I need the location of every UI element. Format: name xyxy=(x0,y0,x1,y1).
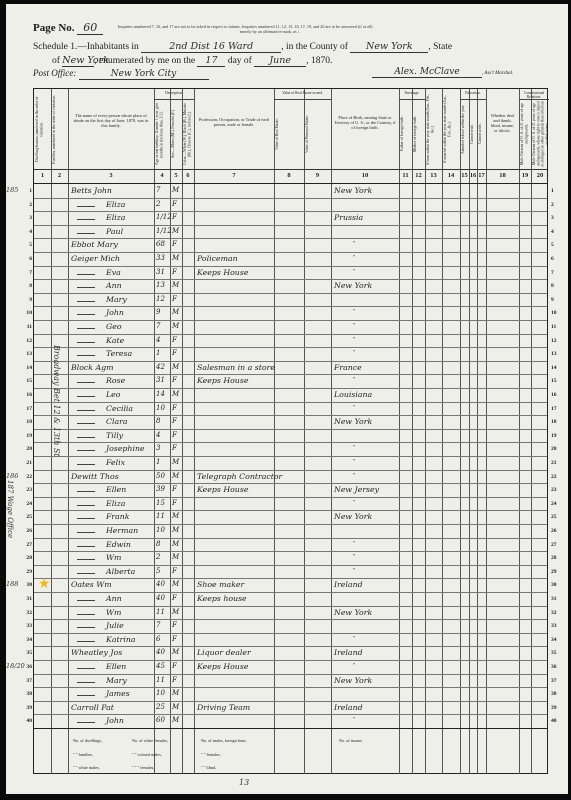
person-birthplace: Ireland xyxy=(334,580,363,589)
column-divider xyxy=(331,89,332,774)
person-name: Wm xyxy=(106,553,121,562)
header-education-group: Education. xyxy=(460,91,486,95)
person-age: 50 xyxy=(156,472,165,480)
row-divider xyxy=(34,728,547,729)
birthplace-ditto: " xyxy=(353,445,355,451)
surname-ditto-dash xyxy=(77,287,95,288)
row-divider xyxy=(34,714,547,715)
line-number-right: 14 xyxy=(551,365,561,371)
person-age: 31 xyxy=(156,376,165,384)
person-birthplace: New York xyxy=(334,608,372,617)
surname-ditto-dash xyxy=(77,722,95,723)
person-age: 13 xyxy=(156,281,165,289)
column-divider xyxy=(170,89,171,774)
surname-ditto-dash xyxy=(77,396,95,397)
person-name: Josephine xyxy=(106,444,145,453)
person-age: 40 xyxy=(156,648,165,656)
column-number: 9 xyxy=(304,172,331,179)
day-of-label: day of xyxy=(228,56,252,66)
line-number-right: 40 xyxy=(551,718,561,724)
line-number-right: 24 xyxy=(551,501,561,507)
row-divider xyxy=(34,429,547,430)
row-divider xyxy=(34,402,547,403)
birthplace-ditto: " xyxy=(353,554,355,560)
column-number: 7 xyxy=(194,172,274,179)
line-number-right: 26 xyxy=(551,528,561,534)
column-divider xyxy=(442,89,443,774)
line-number-left: 21 xyxy=(18,460,32,466)
line-number-left: 17 xyxy=(18,406,32,412)
row-divider xyxy=(34,578,547,579)
line-number-left: 12 xyxy=(18,338,32,344)
column-number: 5 xyxy=(170,172,182,179)
column-divider xyxy=(304,89,305,774)
row-divider xyxy=(34,456,547,457)
surname-ditto-dash xyxy=(77,682,95,683)
enumeration-line: of New York, enumerated by me on the 17 … xyxy=(52,55,332,67)
line-number-right: 18 xyxy=(551,419,561,425)
person-sex: F xyxy=(172,485,177,493)
header-description-group: Description. xyxy=(154,91,194,95)
person-name: Alberta xyxy=(106,567,135,576)
surname-ditto-dash xyxy=(77,233,95,234)
line-number-right: 16 xyxy=(551,392,561,398)
surname-ditto-dash xyxy=(77,505,95,506)
line-number-left: 19 xyxy=(18,433,32,439)
header-col9: Value of Personal Estate. xyxy=(305,101,330,167)
surname-ditto-dash xyxy=(77,641,95,642)
row-divider xyxy=(34,347,547,348)
year-value: , 1870. xyxy=(306,56,332,66)
column-number: 19 xyxy=(519,172,531,179)
row-divider xyxy=(34,633,547,634)
person-name: Teresa xyxy=(106,349,132,358)
line-number-left: 6 xyxy=(18,256,32,262)
person-sex: M xyxy=(172,512,179,520)
birthplace-ditto: " xyxy=(353,636,355,642)
footer-families: " " families, xyxy=(73,752,93,757)
person-sex: M xyxy=(172,322,179,330)
person-occupation: Keeps House xyxy=(197,268,248,277)
header-col1: Dwelling-houses, numbered in the order o… xyxy=(35,92,50,167)
column-number: 14 xyxy=(442,172,460,179)
person-age: 7 xyxy=(156,322,160,330)
birthplace-ditto: " xyxy=(353,309,355,315)
header-group-divider xyxy=(519,99,549,100)
row-divider xyxy=(34,225,547,226)
person-name: Oates Wm xyxy=(71,580,112,589)
row-divider xyxy=(34,510,547,511)
month-value: June xyxy=(254,55,306,67)
surname-ditto-dash xyxy=(77,328,95,329)
column-divider xyxy=(399,89,400,774)
person-name: Frank xyxy=(106,512,130,521)
person-occupation: Keeps house xyxy=(197,594,247,603)
person-age: 1 xyxy=(156,349,160,357)
header-group-divider xyxy=(154,99,194,100)
person-sex: F xyxy=(172,336,177,344)
person-sex: M xyxy=(172,390,179,398)
row-divider xyxy=(34,701,547,702)
footer-insane: No. of insane, xyxy=(339,738,363,743)
person-name: Block Agm xyxy=(71,363,114,372)
person-name: Cecilia xyxy=(106,404,133,413)
surname-ditto-dash xyxy=(77,423,95,424)
person-sex: M xyxy=(172,186,179,194)
line-number-left: 22 xyxy=(18,474,32,480)
birthplace-ditto: " xyxy=(353,663,355,669)
header-col19: Male Citizens of U. S. of 21 years of ag… xyxy=(520,101,530,167)
birthplace-ditto: " xyxy=(353,405,355,411)
column-number: 12 xyxy=(412,172,425,179)
row-divider xyxy=(34,306,547,307)
row-divider xyxy=(34,415,547,416)
line-number-left: 38 xyxy=(18,691,32,697)
footer-blind: " " blind, xyxy=(201,765,216,770)
header-constitutional-group: Constitutional Relations. xyxy=(519,91,549,99)
person-age: 15 xyxy=(156,499,165,507)
line-number-left: 15 xyxy=(18,378,32,384)
line-number-left: 10 xyxy=(18,310,32,316)
person-birthplace: Prussia xyxy=(334,213,363,222)
birthplace-ditto: " xyxy=(353,717,355,723)
person-name: Geo xyxy=(106,322,122,331)
surname-ditto-dash xyxy=(77,546,95,547)
highlight-star-icon: ★ xyxy=(38,578,51,592)
header-col2: Families, numbered in the order of visit… xyxy=(52,92,67,167)
header-real-estate-group: Value of Real Estate owned. xyxy=(274,91,331,95)
county-value: New York xyxy=(350,41,428,53)
line-number-right: 35 xyxy=(551,650,561,656)
footer-dwellings: No. of dwellings, xyxy=(73,738,102,743)
person-sex: F xyxy=(172,417,177,425)
footer-males-foreign: No. of males, foreign born, xyxy=(201,738,246,743)
person-occupation: Driving Team xyxy=(197,703,250,712)
surname-ditto-dash xyxy=(77,450,95,451)
person-name: Eliza xyxy=(106,213,125,222)
line-number-left: 35 xyxy=(18,650,32,656)
line-number-left: 16 xyxy=(18,392,32,398)
person-age: 1/12 xyxy=(156,213,172,221)
row-divider xyxy=(34,266,547,267)
line-number-right: 21 xyxy=(551,460,561,466)
header-col10: Place of Birth, naming State or Territor… xyxy=(334,115,396,130)
row-divider xyxy=(34,279,547,280)
person-sex: F xyxy=(172,567,177,575)
person-age: 10 xyxy=(156,404,165,412)
person-sex: F xyxy=(172,349,177,357)
surname-ditto-dash xyxy=(77,695,95,696)
row-divider xyxy=(34,320,547,321)
post-office-label: Post Office: xyxy=(33,68,76,78)
column-divider xyxy=(194,89,195,774)
line-number-right: 36 xyxy=(551,664,561,670)
person-age: 2 xyxy=(156,553,160,561)
line-number-left: 37 xyxy=(18,678,32,684)
birthplace-ditto: " xyxy=(353,269,355,275)
street-margin-note: Broadway Bet 12 & 13th St xyxy=(52,345,61,457)
person-age: 39 xyxy=(156,485,165,493)
person-sex: M xyxy=(172,553,179,561)
line-number-right: 37 xyxy=(551,678,561,684)
person-sex: M xyxy=(172,308,179,316)
footer-colored-males: " " colored males, xyxy=(132,752,162,757)
person-name: Wm xyxy=(106,608,121,617)
row-divider xyxy=(34,361,547,362)
left-margin-note: 187 Wage Office xyxy=(6,480,14,538)
line-number-left: 13 xyxy=(18,351,32,357)
surname-ditto-dash xyxy=(77,301,95,302)
person-name: Carroll Pat xyxy=(71,703,114,712)
line-number-left: 33 xyxy=(18,623,32,629)
person-name: Eliza xyxy=(106,499,125,508)
person-sex: F xyxy=(172,594,177,602)
row-divider xyxy=(34,660,547,661)
line-number-left: 20 xyxy=(18,446,32,452)
person-birthplace: Ireland xyxy=(334,648,363,657)
line-number-right: 25 xyxy=(551,514,561,520)
line-number-right: 11 xyxy=(551,324,561,330)
surname-ditto-dash xyxy=(77,532,95,533)
line-number-right: 33 xyxy=(551,623,561,629)
birthplace-ditto: " xyxy=(353,323,355,329)
row-divider xyxy=(34,619,547,620)
person-age: 1 xyxy=(156,458,160,466)
page-no-label: Page No. xyxy=(33,22,75,34)
person-sex: F xyxy=(172,213,177,221)
row-divider xyxy=(34,211,547,212)
column-number: 11 xyxy=(399,172,412,179)
line-number-right: 30 xyxy=(551,582,561,588)
line-number-right: 19 xyxy=(551,433,561,439)
line-number-right: 6 xyxy=(551,256,561,262)
person-name: Herman xyxy=(106,526,138,535)
person-age: 8 xyxy=(156,417,160,425)
person-sex: F xyxy=(172,268,177,276)
person-birthplace: New York xyxy=(334,512,372,521)
person-sex: M xyxy=(172,703,179,711)
column-number: 10 xyxy=(331,172,399,179)
header-col5: Sex.—Males (M.), Females (F.) xyxy=(171,101,181,167)
person-name: Ellen xyxy=(106,662,126,671)
line-number-right: 31 xyxy=(551,596,561,602)
header-col12: Mother of foreign birth. xyxy=(413,101,424,167)
line-number-left: 29 xyxy=(18,569,32,575)
marshal-label: , Ass't Marshal. xyxy=(482,71,513,76)
line-number-right: 5 xyxy=(551,242,561,248)
person-age: 11 xyxy=(156,608,165,616)
line-number-right: 1 xyxy=(551,188,561,194)
person-age: 11 xyxy=(156,512,165,520)
person-occupation: Salesman in a store xyxy=(197,363,275,372)
person-sex: F xyxy=(172,621,177,629)
line-number-left: 39 xyxy=(18,705,32,711)
person-age: 14 xyxy=(156,390,165,398)
surname-ditto-dash xyxy=(77,206,95,207)
row-divider xyxy=(34,198,547,199)
person-sex: M xyxy=(172,540,179,548)
line-number-right: 23 xyxy=(551,487,561,493)
person-age: 11 xyxy=(156,676,165,684)
schedule-label: Schedule 1.—Inhabitants in xyxy=(33,42,139,52)
person-age: 10 xyxy=(156,526,165,534)
column-number: 20 xyxy=(531,172,549,179)
line-number-left: 25 xyxy=(18,514,32,520)
person-occupation: Keeps House xyxy=(197,662,248,671)
header-col16: Cannot read. xyxy=(470,101,476,167)
person-age: 10 xyxy=(156,689,165,697)
person-sex: M xyxy=(172,689,179,697)
line-number-left: 27 xyxy=(18,542,32,548)
person-name: James xyxy=(106,689,130,698)
line-number-right: 7 xyxy=(551,270,561,276)
person-name: Wheatley Jos xyxy=(71,648,122,657)
row-divider xyxy=(34,565,547,566)
person-sex: F xyxy=(172,635,177,643)
person-name: Eva xyxy=(106,268,121,277)
header-col14: If married within the year, state month … xyxy=(443,92,459,167)
person-sex: M xyxy=(172,526,179,534)
person-name: Rose xyxy=(106,376,125,385)
line-number-left: 8 xyxy=(18,283,32,289)
surname-ditto-dash xyxy=(77,274,95,275)
surname-ditto-dash xyxy=(77,382,95,383)
row-divider xyxy=(34,606,547,607)
person-sex: F xyxy=(172,200,177,208)
column-number: 4 xyxy=(154,172,170,179)
person-age: 7 xyxy=(156,621,160,629)
person-name: John xyxy=(106,716,124,725)
surname-ditto-dash xyxy=(77,342,95,343)
surname-ditto-dash xyxy=(77,627,95,628)
person-name: Dewitt Thos xyxy=(71,472,119,481)
person-age: 12 xyxy=(156,295,165,303)
person-occupation: Liquor dealer xyxy=(197,648,251,657)
marshal-signature: Alex. McClave xyxy=(372,67,482,78)
person-sex: F xyxy=(172,240,177,248)
dwelling-margin-note: 186 xyxy=(6,472,18,480)
header-col7: Profession, Occupation, or Trade of each… xyxy=(197,117,271,127)
person-sex: M xyxy=(172,281,179,289)
column-number: 13 xyxy=(425,172,442,179)
person-age: 8 xyxy=(156,540,160,548)
surname-ditto-dash xyxy=(77,559,95,560)
footer-white-males: " " white males, xyxy=(73,765,100,770)
person-name: Kate xyxy=(106,336,124,345)
census-table: Dwelling-houses, numbered in the order o… xyxy=(33,88,548,774)
post-office-value: New York City xyxy=(79,69,209,80)
header-col17: Cannot write. xyxy=(478,101,485,167)
column-number: 3 xyxy=(68,172,154,179)
person-sex: M xyxy=(172,608,179,616)
person-occupation: Keeps House xyxy=(197,376,248,385)
line-number-left: 11 xyxy=(18,324,32,330)
person-birthplace: France xyxy=(334,363,362,372)
line-number-left: 30 xyxy=(18,582,32,588)
person-sex: M xyxy=(172,458,179,466)
person-name: Geiger Mich xyxy=(71,254,120,263)
person-name: Paul xyxy=(106,227,123,236)
column-divider xyxy=(486,89,487,774)
person-sex: F xyxy=(172,404,177,412)
line-number-right: 28 xyxy=(551,555,561,561)
person-age: 31 xyxy=(156,268,165,276)
row-divider xyxy=(34,388,547,389)
column-divider xyxy=(531,89,532,774)
birthplace-ditto: " xyxy=(353,350,355,356)
person-name: Mary xyxy=(106,295,127,304)
surname-ditto-dash xyxy=(77,355,95,356)
column-number: 1 xyxy=(34,172,51,179)
row-divider xyxy=(34,687,547,688)
page-number-label: Page No. 60 xyxy=(33,21,103,35)
line-number-left: 24 xyxy=(18,501,32,507)
line-number-left: 31 xyxy=(18,596,32,602)
line-number-left: 4 xyxy=(18,229,32,235)
line-number-right: 22 xyxy=(551,474,561,480)
person-age: 60 xyxy=(156,716,165,724)
dwelling-margin-note: 185 xyxy=(6,186,18,194)
column-divider xyxy=(182,89,183,774)
line-number-right: 20 xyxy=(551,446,561,452)
line-number-left: 40 xyxy=(18,718,32,724)
header-col4: Age at last birthday. If under 1 year, g… xyxy=(155,101,169,167)
footer-page-mark: 13 xyxy=(239,778,249,787)
header-col11: Father of foreign birth. xyxy=(400,101,411,167)
row-divider xyxy=(34,334,547,335)
line-number-right: 17 xyxy=(551,406,561,412)
person-birthplace: New York xyxy=(334,281,372,290)
person-age: 1/12 xyxy=(156,227,172,235)
surname-ditto-dash xyxy=(77,410,95,411)
line-number-left: 28 xyxy=(18,555,32,561)
birthplace-ditto: " xyxy=(353,541,355,547)
row-divider xyxy=(34,646,547,647)
surname-ditto-dash xyxy=(77,573,95,574)
line-number-right: 38 xyxy=(551,691,561,697)
surname-ditto-dash xyxy=(77,314,95,315)
person-sex: F xyxy=(172,662,177,670)
person-occupation: Telegraph Contractor xyxy=(197,472,282,481)
row-divider xyxy=(34,442,547,443)
footer-white-females: No. of white females, xyxy=(132,738,168,743)
row-divider xyxy=(34,252,547,253)
person-birthplace: New York xyxy=(334,186,372,195)
person-age: 68 xyxy=(156,240,165,248)
person-age: 33 xyxy=(156,254,165,262)
person-age: 42 xyxy=(156,363,165,371)
row-divider xyxy=(34,483,547,484)
instruction-line-2: merely by an affirmative mark, as /. xyxy=(240,29,300,34)
person-sex: M xyxy=(172,580,179,588)
header-col15: Attended school within the year. xyxy=(461,92,468,167)
person-age: 2 xyxy=(156,200,160,208)
row-divider xyxy=(34,538,547,539)
row-divider xyxy=(34,497,547,498)
row-divider xyxy=(34,238,547,239)
row-divider xyxy=(34,470,547,471)
person-name: Felix xyxy=(106,458,125,467)
line-number-left: 9 xyxy=(18,297,32,303)
column-number: 6 xyxy=(182,172,194,179)
person-age: 3 xyxy=(156,444,160,452)
column-number: 16 xyxy=(469,172,477,179)
day-value: 17 xyxy=(197,55,225,67)
line-number-right: 13 xyxy=(551,351,561,357)
birthplace-ditto: " xyxy=(353,500,355,506)
line-number-right: 3 xyxy=(551,215,561,221)
person-name: Ebbot Mary xyxy=(71,240,118,249)
